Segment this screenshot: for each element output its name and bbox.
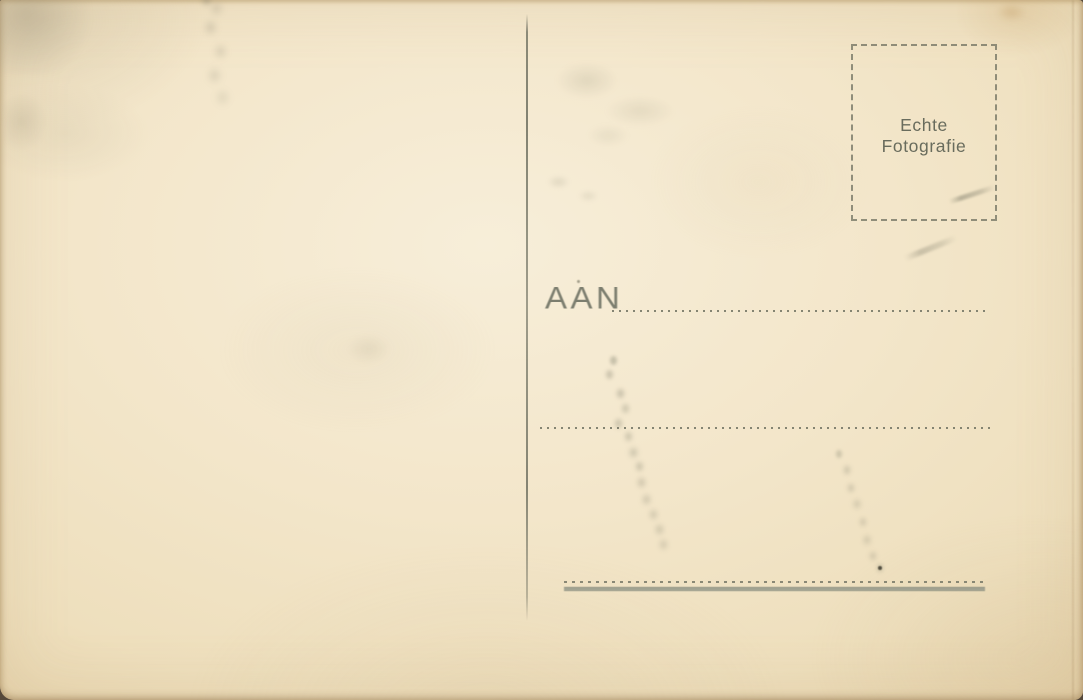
address-line-3 <box>564 580 985 583</box>
stain-left-smudge <box>330 318 408 380</box>
postcard-back: Echte Fotografie AAN <box>0 0 1083 700</box>
stain-scratch-below-stamp-box <box>904 235 958 262</box>
stain-top-left-corner <box>0 0 108 74</box>
stain-dark-speck <box>878 566 882 570</box>
stain-center-trail <box>610 356 617 365</box>
stain-left-edge <box>4 92 48 152</box>
crease-right-edge <box>1072 0 1074 700</box>
stamp-box: Echte Fotografie <box>851 44 997 221</box>
stain-top-smudge <box>202 0 211 5</box>
divider-line <box>526 14 528 621</box>
address-line-2 <box>540 426 990 429</box>
stamp-box-text-line1: Echte <box>900 115 948 136</box>
address-line-1 <box>612 309 986 312</box>
stamp-box-text-line2: Fotografie <box>882 136 967 157</box>
stain-top-right-spot <box>996 2 1026 22</box>
scan-background: Echte Fotografie AAN <box>0 0 1083 700</box>
stain-dabs <box>542 168 608 208</box>
bottom-rule <box>564 587 985 591</box>
stain-right-trail <box>836 450 842 458</box>
stain-ghost-marks <box>545 52 685 147</box>
